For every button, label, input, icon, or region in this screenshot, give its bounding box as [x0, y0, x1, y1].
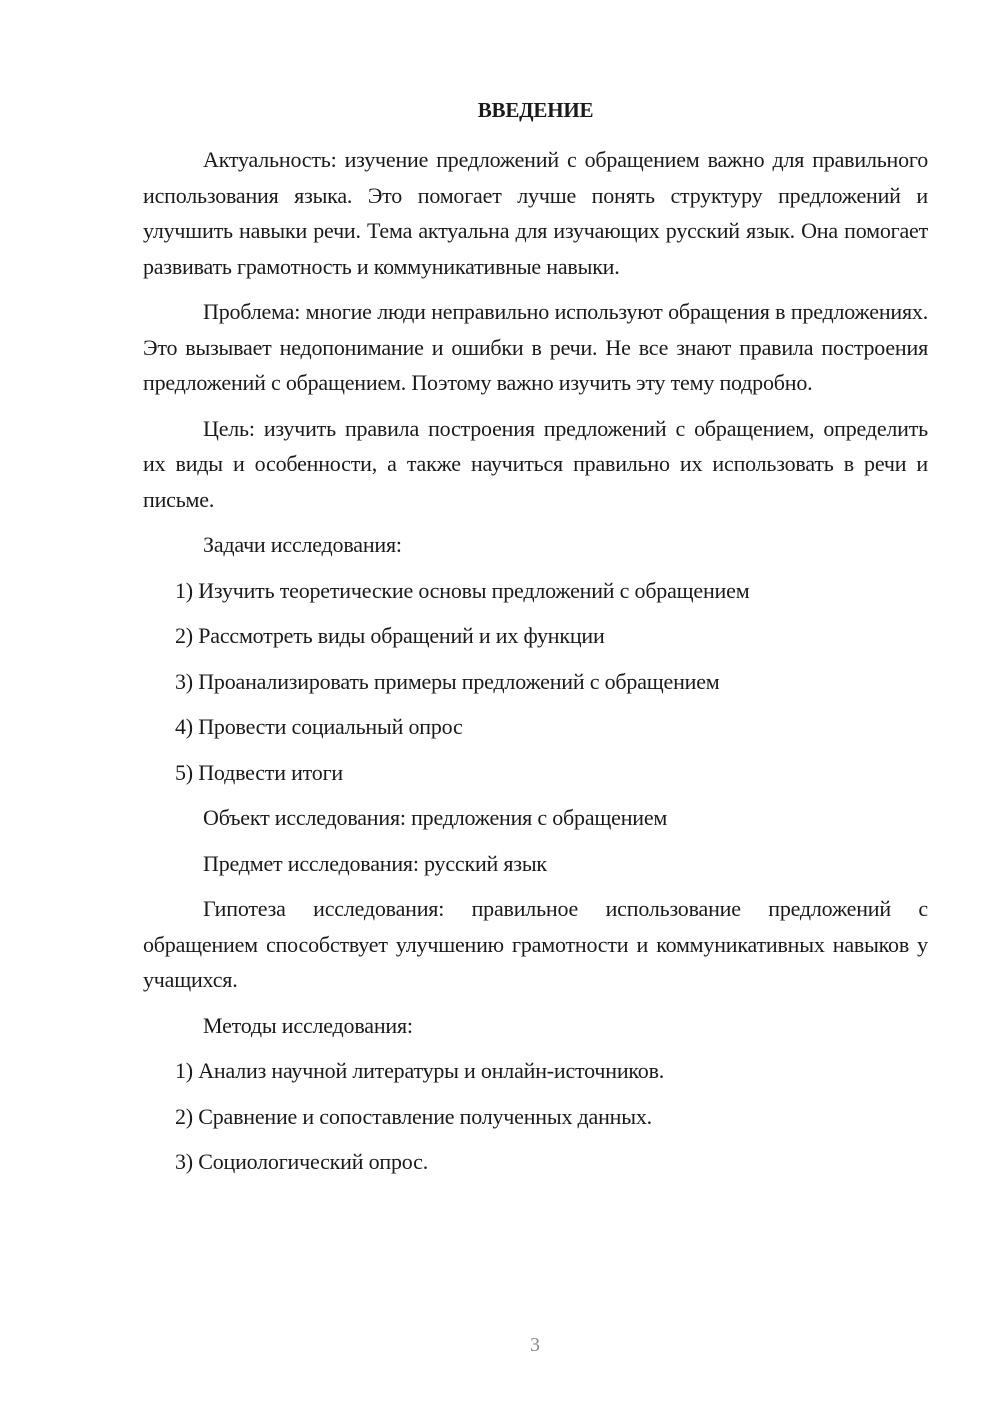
methods-heading: Методы исследования:	[143, 1008, 928, 1044]
method-item: 3) Социологический опрос.	[143, 1144, 928, 1180]
tasks-heading: Задачи исследования:	[143, 527, 928, 563]
document-page: ВВЕДЕНИЕ Актуальность: изучение предложе…	[0, 0, 1000, 1414]
task-item: 2) Рассмотреть виды обращений и их функц…	[143, 618, 928, 654]
method-item: 1) Анализ научной литературы и онлайн-ис…	[143, 1053, 928, 1089]
research-object: Объект исследования: предложения с обращ…	[143, 800, 928, 836]
goal-paragraph: Цель: изучить правила построения предлож…	[143, 411, 928, 518]
task-item: 5) Подвести итоги	[143, 755, 928, 791]
task-item: 3) Проанализировать примеры предложений …	[143, 664, 928, 700]
methods-list: 1) Анализ научной литературы и онлайн-ис…	[143, 1053, 928, 1180]
page-number: 3	[0, 1334, 1000, 1357]
tasks-list: 1) Изучить теоретические основы предложе…	[143, 573, 928, 791]
page-content: ВВЕДЕНИЕ Актуальность: изучение предложе…	[143, 92, 928, 1190]
relevance-paragraph: Актуальность: изучение предложений с обр…	[143, 142, 928, 284]
hypothesis-paragraph: Гипотеза исследования: правильное исполь…	[143, 891, 928, 998]
section-title: ВВЕДЕНИЕ	[143, 92, 928, 128]
method-item: 2) Сравнение и сопоставление полученных …	[143, 1099, 928, 1135]
task-item: 4) Провести социальный опрос	[143, 709, 928, 745]
research-subject: Предмет исследования: русский язык	[143, 846, 928, 882]
task-item: 1) Изучить теоретические основы предложе…	[143, 573, 928, 609]
problem-paragraph: Проблема: многие люди неправильно исполь…	[143, 294, 928, 401]
